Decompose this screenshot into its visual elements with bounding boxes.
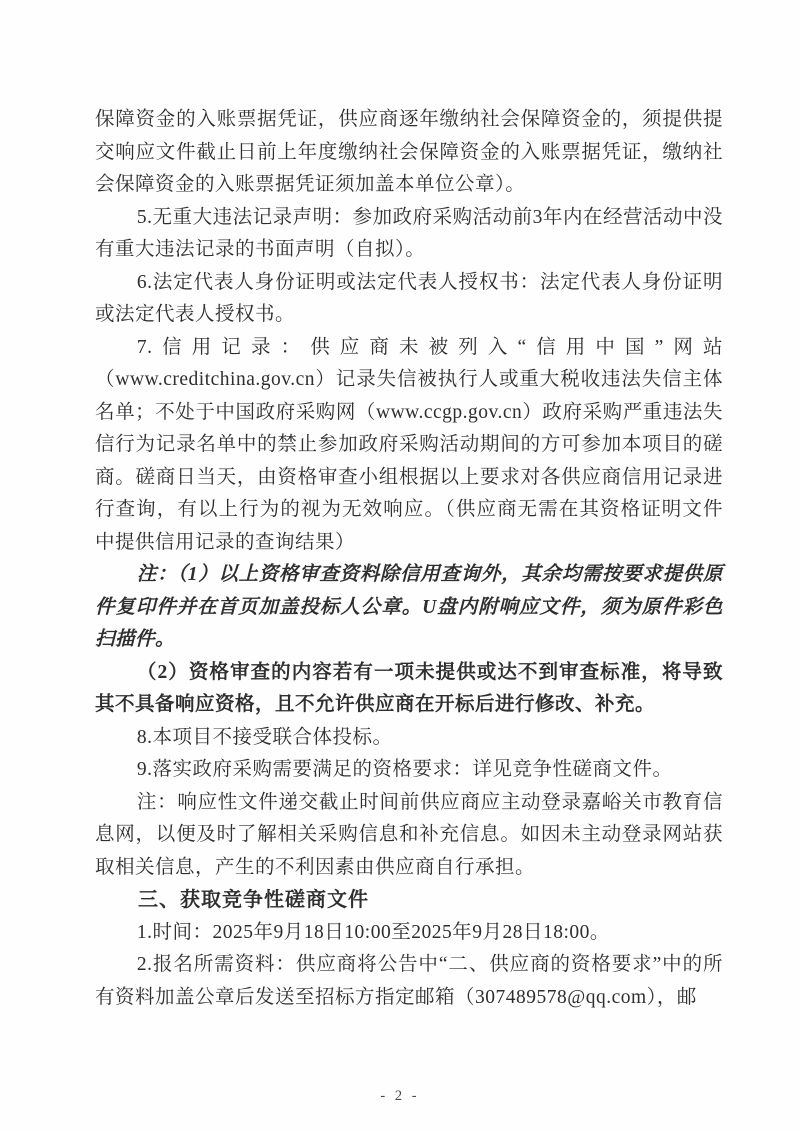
paragraph-item-5: 5.无重大违法记录声明：参加政府采购活动前3年内在经营活动中没有重大违法记录的书… (95, 202, 723, 267)
page-number: - 2 - (0, 1088, 800, 1105)
paragraph-item-9: 9.落实政府采购需要满足的资格要求：详见竞争性磋商文件。 (95, 754, 723, 787)
paragraph-item-7: 7.信用记录：供应商未被列入“信用中国”网站（www.creditchina.g… (95, 332, 723, 560)
section-heading-3: 三、获取竞争性磋商文件 (95, 884, 723, 917)
paragraph-note-website: 注：响应性文件递交截止时间前供应商应主动登录嘉峪关市教育信息网，以便及时了解相关… (95, 787, 723, 885)
paragraph-time: 1.时间：2025年9月18日10:00至2025年9月28日18:00。 (95, 917, 723, 950)
paragraph-continuation: 保障资金的入账票据凭证，供应商逐年缴纳社会保障资金的，须提供提交响应文件截止日前… (95, 104, 723, 202)
document-body: 保障资金的入账票据凭证，供应商逐年缴纳社会保障资金的，须提供提交响应文件截止日前… (95, 104, 723, 1014)
paragraph-note-2: （2）资格审查的内容若有一项未提供或达不到审查标准，将导致其不具备响应资格，且不… (95, 657, 723, 722)
document-page: 保障资金的入账票据凭证，供应商逐年缴纳社会保障资金的，须提供提交响应文件截止日前… (0, 0, 800, 1131)
paragraph-item-8: 8.本项目不接受联合体投标。 (95, 722, 723, 755)
paragraph-note-1: 注：（1）以上资格审查资料除信用查询外，其余均需按要求提供原件复印件并在首页加盖… (95, 559, 723, 657)
paragraph-registration-materials: 2.报名所需资料：供应商将公告中“二、供应商的资格要求”中的所有资料加盖公章后发… (95, 949, 723, 1014)
paragraph-item-6: 6.法定代表人身份证明或法定代表人授权书：法定代表人身份证明或法定代表人授权书。 (95, 267, 723, 332)
